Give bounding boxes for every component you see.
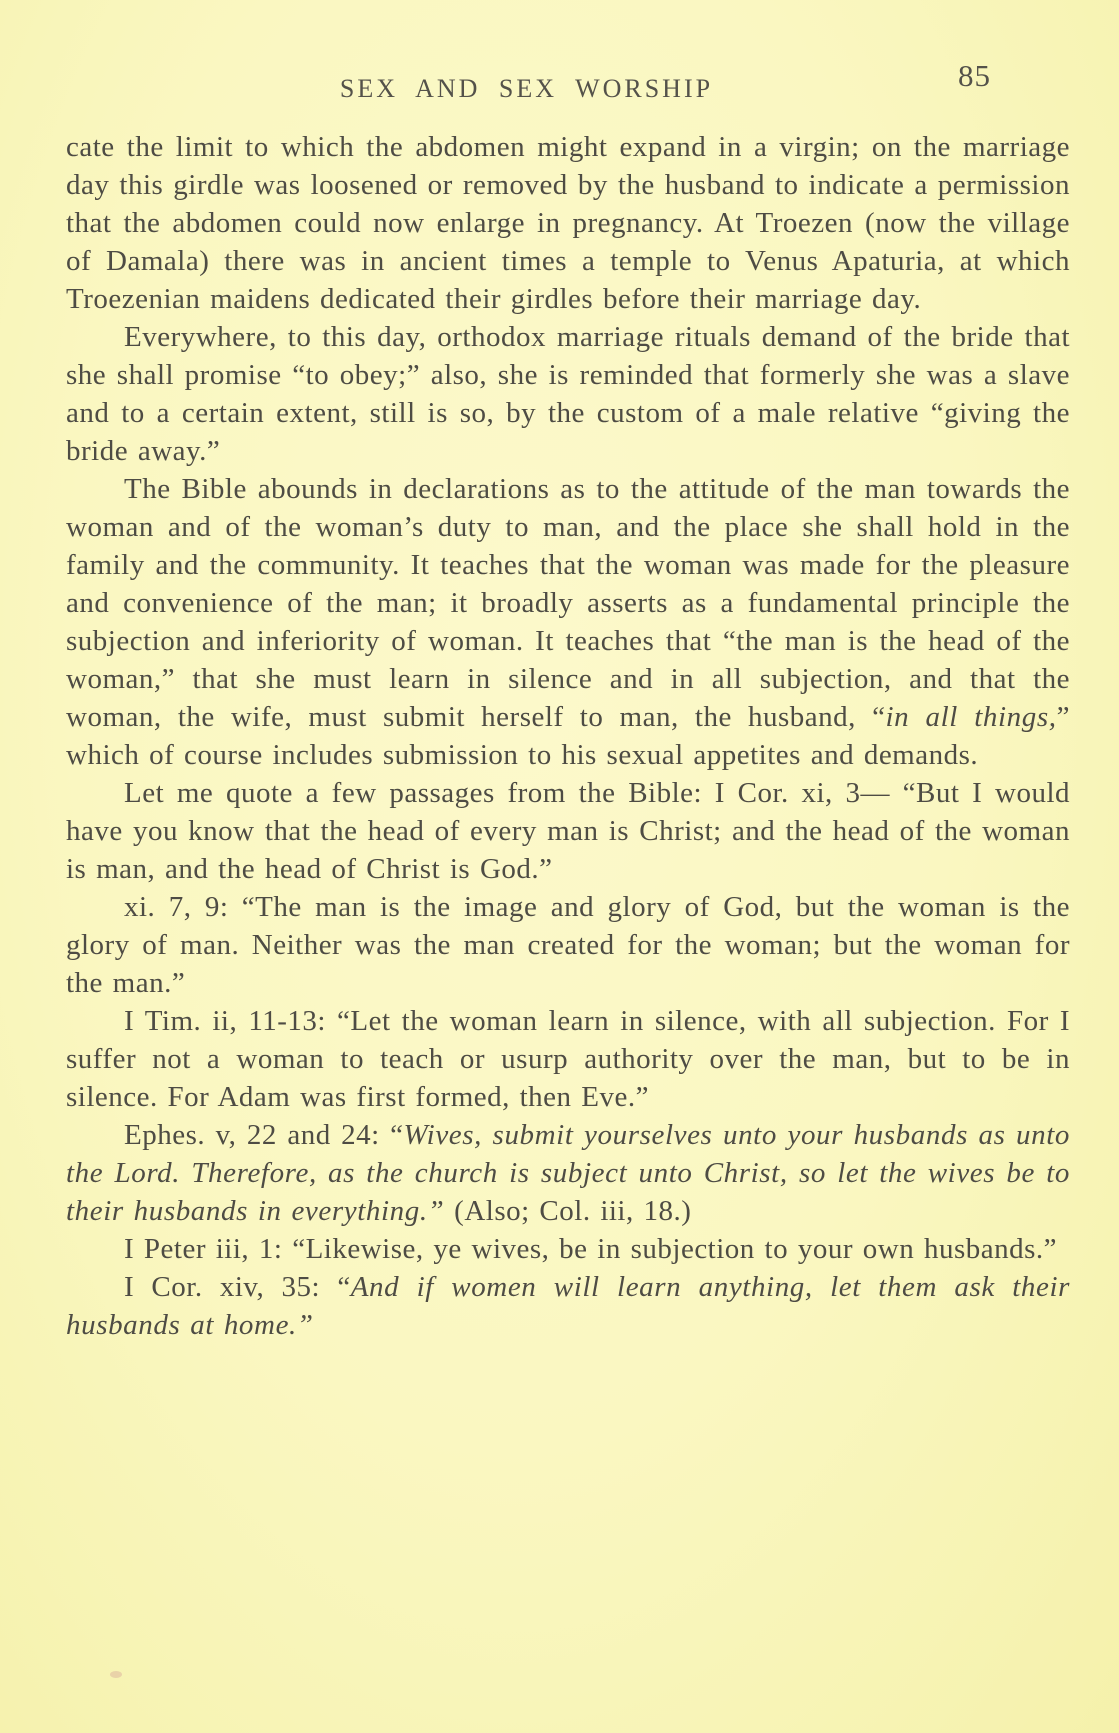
page-body: cate the limit to which the abdomen migh… (66, 128, 1070, 1344)
text-run: I Cor. xiv, 35: “ (124, 1271, 351, 1303)
paragraph: Ephes. v, 22 and 24: “Wives, submit your… (66, 1116, 1070, 1230)
running-head-title: SEX AND SEX WORSHIP (0, 74, 1086, 104)
paragraph: xi. 7, 9: “The man is the image and glor… (66, 888, 1070, 1002)
paragraph: I Peter iii, 1: “Likewise, ye wives, be … (66, 1230, 1070, 1268)
text-run: Everywhere, to this day, orthodox marria… (66, 321, 1070, 467)
paragraph: Let me quote a few passages from the Bib… (66, 774, 1070, 888)
paragraph: I Tim. ii, 11-13: “Let the woman learn i… (66, 1002, 1070, 1116)
paragraph: cate the limit to which the abdomen migh… (66, 128, 1070, 318)
scan-speck (110, 1671, 122, 1678)
book-page: SEX AND SEX WORSHIP 85 cate the limit to… (0, 0, 1119, 1733)
text-run: I Tim. ii, 11-13: “Let the woman learn i… (66, 1005, 1070, 1113)
text-run: Let me quote a few passages from the Bib… (66, 777, 1070, 885)
paragraph: The Bible abounds in declarations as to … (66, 470, 1070, 774)
italic-text-run: in all things, (886, 701, 1057, 733)
text-run: Ephes. v, 22 and 24: “ (124, 1119, 404, 1151)
text-run: (Also; Col. iii, 18.) (444, 1195, 691, 1227)
text-run: The Bible abounds in declarations as to … (66, 473, 1070, 733)
text-run: cate the limit to which the abdomen migh… (66, 131, 1070, 315)
paragraph: I Cor. xiv, 35: “And if women will learn… (66, 1268, 1070, 1344)
page-number: 85 (958, 58, 991, 94)
text-run: I Peter iii, 1: “Likewise, ye wives, be … (124, 1233, 1057, 1265)
text-run: xi. 7, 9: “The man is the image and glor… (66, 891, 1070, 999)
paragraph: Everywhere, to this day, orthodox marria… (66, 318, 1070, 470)
